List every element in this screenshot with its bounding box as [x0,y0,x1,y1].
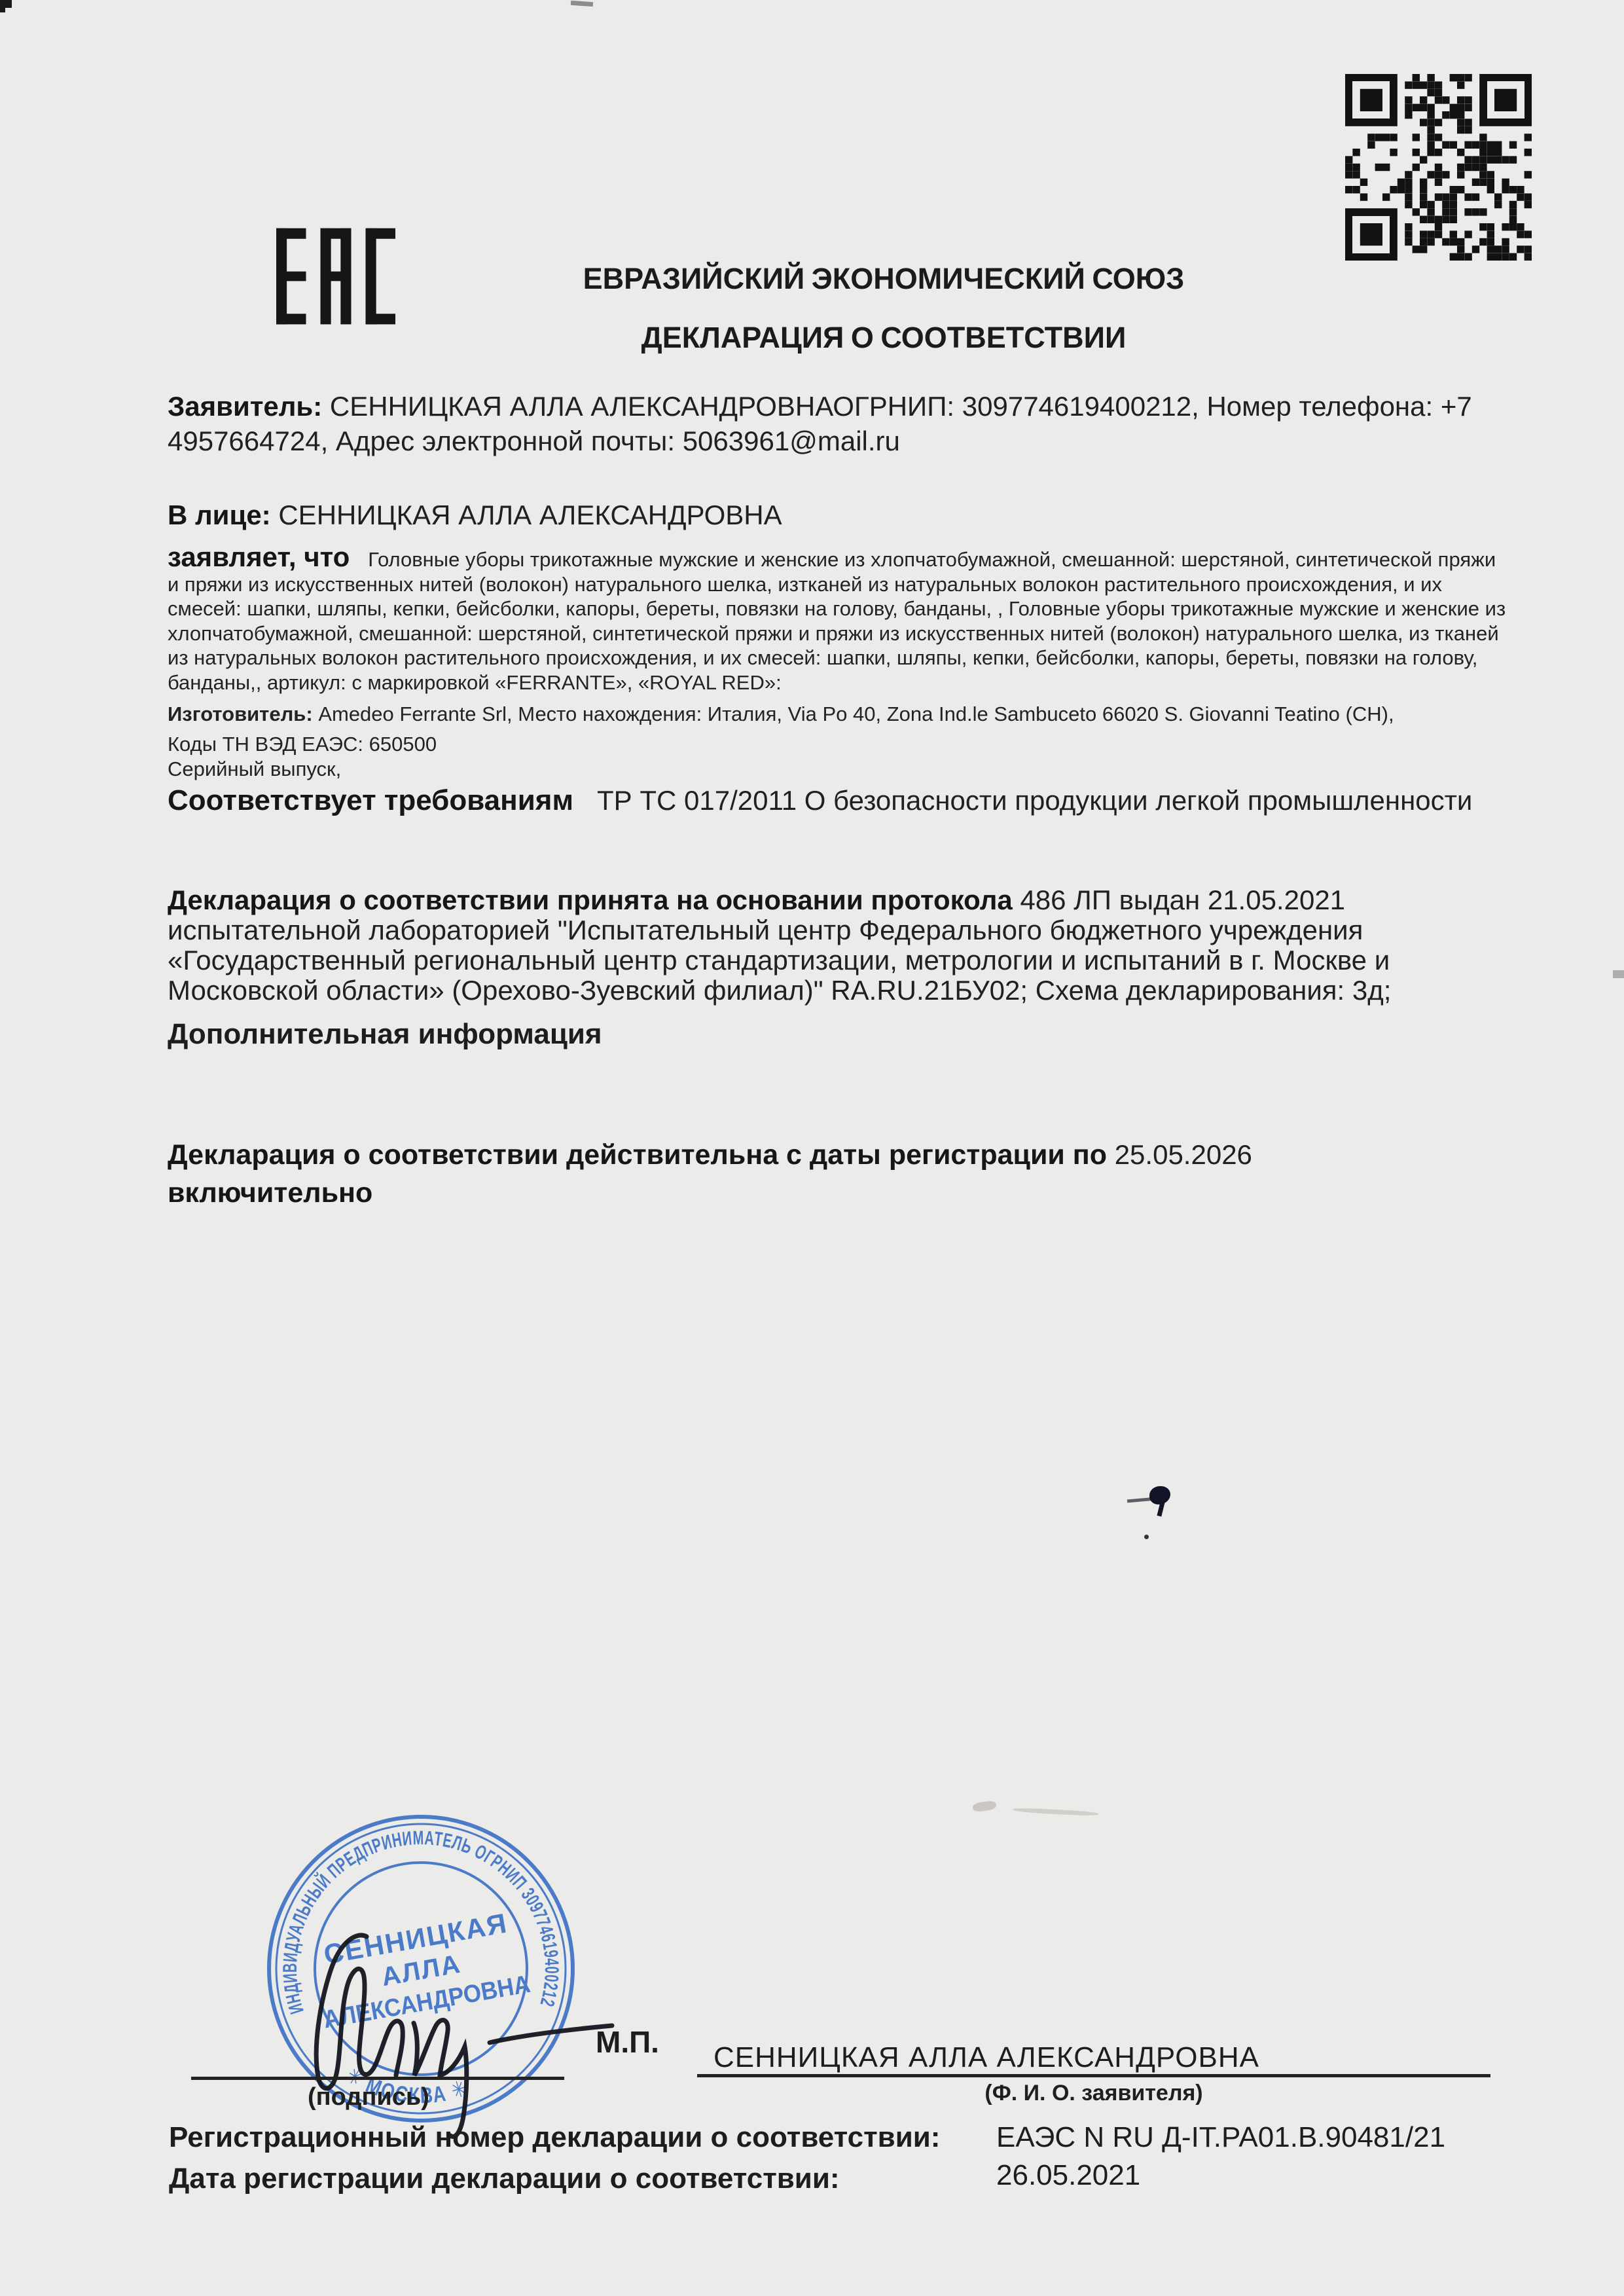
tnved-line: Коды ТН ВЭД ЕАЭС: 650500 [168,732,1507,757]
validity-suffix: включительно [168,1177,372,1209]
person-paragraph: В лице: СЕННИЦКАЯ АЛЛА АЛЕКСАНДРОВНА [168,498,1507,532]
registration-number-label: Регистрационный номер декларации о соотв… [169,2121,940,2154]
declares-paragraph: заявляет, чтоГоловные уборы трикотажные … [168,545,1507,695]
person-label: В лице: [168,500,271,530]
applicant-paragraph: Заявитель: СЕННИЦКАЯ АЛЛА АЛЕКСАНДРОВНАО… [168,389,1507,458]
declares-label: заявляет, что [168,541,368,572]
compliance-text: ТР ТС 017/2011 О безопасности продукции … [573,785,1472,816]
applicant-label: Заявитель: [168,391,322,422]
page-title-declaration: ДЕКЛАРАЦИЯ О СООТВЕТСТВИИ [327,321,1440,355]
product-description: Головные уборы трикотажные мужские и жен… [168,548,1506,694]
registration-date-label: Дата регистрации декларации о соответств… [169,2162,840,2195]
signer-name: СЕННИЦКАЯ АЛЛА АЛЕКСАНДРОВНА [713,2041,1259,2074]
basis-label: Декларация о соответствии принята на осн… [168,884,1013,915]
manufacturer-label: Изготовитель: [168,702,313,725]
compliance-paragraph: Соответствует требованиямТР ТС 017/2011 … [168,783,1507,818]
stamp-place-label: М.П. [596,2024,659,2060]
applicant-text: СЕННИЦКАЯ АЛЛА АЛЕКСАНДРОВНАОГРНИП: 3097… [168,391,1472,456]
registration-number-value: ЕАЭС N RU Д-IT.РА01.В.90481/21 [996,2121,1445,2154]
scan-artifact [0,8,5,12]
additional-info-heading: Дополнительная информация [168,1018,1507,1051]
compliance-label: Соответствует требованиям [168,784,573,816]
scanned-declaration-page: { "colors": { "paper": "#ebebe9", "ink":… [0,0,1624,2296]
scan-smudge [1013,1808,1098,1817]
validity-date: 25.05.2026 [1115,1139,1252,1170]
scan-artifact [0,0,12,8]
registration-date-value: 26.05.2021 [996,2159,1140,2192]
scan-artifact [571,1,593,7]
scan-artifact [1613,970,1624,978]
manufacturer-paragraph: Изготовитель: Amedeo Ferrante Srl, Место… [168,702,1507,727]
signature-line [191,2077,564,2080]
serial-line: Серийный выпуск, [168,757,1507,782]
manufacturer-text: Amedeo Ferrante Srl, Место нахождения: И… [318,702,1394,725]
fio-caption: (Ф. И. О. заявителя) [697,2081,1490,2106]
page-title-union: ЕВРАЗИЙСКИЙ ЭКОНОМИЧЕСКИЙ СОЮЗ [327,262,1440,296]
basis-paragraph: Декларация о соответствии принята на осн… [168,885,1507,1006]
ink-dot [1144,1535,1149,1539]
validity-paragraph: Декларация о соответствии действительна … [168,1136,1507,1212]
qr-code-icon [1345,74,1532,261]
handwritten-signature [249,1879,707,2160]
scan-smudge [972,1800,997,1813]
person-text: СЕННИЦКАЯ АЛЛА АЛЕКСАНДРОВНА [278,500,782,530]
signature-caption: (подпись) [308,2083,429,2111]
fio-line [697,2074,1490,2077]
validity-label: Декларация о соответствии действительна … [168,1139,1107,1171]
